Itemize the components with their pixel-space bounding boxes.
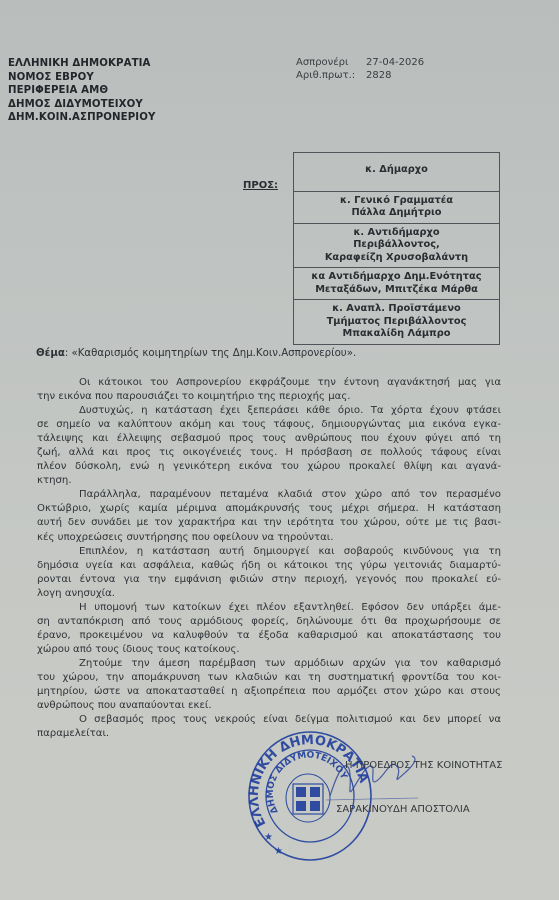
document-meta: Ασπρονέρι 27-04-2026 Αριθ.πρωτ.: 2828 — [296, 56, 424, 82]
recipient-line: κ. Δήμαρχο — [296, 164, 497, 177]
body-line: χώρου από τους ίδιους τους κατοίκους. — [37, 643, 501, 657]
body-line: πλέον δύσκολη, ενώ η γενικότερη εικόνα τ… — [37, 460, 501, 474]
protocol-row: Αριθ.πρωτ.: 2828 — [296, 69, 424, 82]
body-line: Δυστυχώς, η κατάσταση έχει ξεπεράσει κάθ… — [37, 404, 501, 418]
body-line: μητηρίου, ώστε να αποκατασταθεί η αξιοπρ… — [37, 685, 501, 699]
body-paragraph: Ζητούμε την άμεση παρέμβαση των αρμόδιων… — [37, 657, 501, 713]
body-line: σε σημείο να καλύπτουν ακόμη και τους τά… — [37, 418, 501, 432]
recipient-cell: κ. Γενικό ΓραμματέαΠάλλα Δημήτριο — [294, 192, 499, 224]
body-line: Οι κάτοικοι του Ασπρονερίου εκφράζουμε τ… — [37, 376, 501, 390]
body-paragraph: Οι κάτοικοι του Ασπρονερίου εκφράζουμε τ… — [37, 376, 501, 404]
subject-text: : «Καθαρισμός κοιμητηρίων της Δημ.Κοιν.Α… — [65, 348, 356, 359]
recipient-cell: κ. ΑντιδήμαρχοΠεριβάλλοντος,Καραφείζη Χρ… — [294, 224, 499, 269]
issuer-line: ΕΛΛΗΝΙΚΗ ΔΗΜΟΚΡΑΤΙΑ — [8, 57, 155, 71]
body-line: έρανο, προκειμένου να καλυφθούν τα έξοδα… — [37, 629, 501, 643]
issuer-line: ΠΕΡΙΦΕΡΕΙΑ ΑΜΘ — [8, 84, 155, 98]
recipient-line: Τμήματος Περιβάλλοντος — [296, 316, 497, 329]
recipient-line: Μεταξάδων, Μπιτζέκα Μάρθα — [296, 284, 497, 297]
recipient-line: κ. Αντιδήμαρχο — [296, 227, 497, 240]
body-line: του χώρου, την απομάκρυνση των κλαδιών κ… — [37, 671, 501, 685]
protocol-label: Αριθ.πρωτ.: — [296, 69, 366, 82]
document-date: 27-04-2026 — [366, 56, 424, 69]
place-label: Ασπρονέρι — [296, 56, 366, 69]
star-icon: ★ — [264, 832, 273, 843]
recipient-line: κ. Γενικό Γραμματέα — [296, 195, 497, 208]
issuer-line: ΔΗΜΟΣ ΔΙΔΥΜΟΤΕΙΧΟΥ — [8, 98, 155, 112]
letter-body: Οι κάτοικοι του Ασπρονερίου εκφράζουμε τ… — [37, 376, 501, 741]
issuer-line: ΔΗΜ.ΚΟΙΝ.ΑΣΠΡΟΝΕΡΙΟΥ — [8, 111, 155, 125]
body-line: Παράλληλα, παραμένουν πεταμένα κλαδιά στ… — [37, 488, 501, 502]
recipient-cell: κα Αντιδήμαρχο Δημ.ΕνότηταςΜεταξάδων, Μπ… — [294, 268, 499, 300]
handwritten-signature — [322, 748, 422, 808]
body-line: ση ανταπόκριση από τους αρμόδιους φορείς… — [37, 615, 501, 629]
recipient-line: Καραφείζη Χρυσοβαλάντη — [296, 252, 497, 265]
body-line: Η υπομονή των κατοίκων έχει πλέον εξαντλ… — [37, 601, 501, 615]
recipient-line: Περιβάλλοντος, — [296, 239, 497, 252]
recipients-label: ΠΡΟΣ: — [243, 180, 278, 191]
body-paragraph: Η υπομονή των κατοίκων έχει πλέον εξαντλ… — [37, 601, 501, 657]
recipient-cell: κ. Δήμαρχο — [294, 153, 499, 192]
body-line: την εικόνα που παρουσιάζει το κοιμητήριο… — [37, 390, 501, 404]
body-line: ζωή, αλλά και προς τις οικογένειές τους.… — [37, 446, 501, 460]
body-line: τάλειψης και έλλειψης σεβασμού προς τους… — [37, 432, 501, 446]
body-line: Επιπλέον, η κατάσταση αυτή δημιουργεί κα… — [37, 545, 501, 559]
signer-name: ΣΑΡΑΚΙΝΟΥΔΗ ΑΠΟΣΤΟΛΙΑ — [336, 804, 470, 815]
body-line: λογη ανησυχία. — [37, 587, 501, 601]
body-paragraph: Παράλληλα, παραμένουν πεταμένα κλαδιά στ… — [37, 488, 501, 544]
body-line: κές υποχρεώσεις συντήρησης που οφείλουν … — [37, 531, 501, 545]
body-line: αυτή δεν συνάδει με τον χαρακτήρα και τη… — [37, 516, 501, 530]
protocol-number: 2828 — [366, 69, 391, 82]
body-line: κτηση. — [37, 474, 501, 488]
recipient-line: κ. Αναπλ. Προϊστάμενο — [296, 303, 497, 316]
recipient-line: κα Αντιδήμαρχο Δημ.Ενότητας — [296, 271, 497, 284]
recipient-cell: κ. Αναπλ. ΠροϊστάμενοΤμήματος Περιβάλλον… — [294, 300, 499, 344]
issuer-line: ΝΟΜΟΣ ΕΒΡΟΥ — [8, 71, 155, 85]
recipient-line: Μπακαλίδη Λάμπρο — [296, 328, 497, 341]
recipients-table: κ. Δήμαρχοκ. Γενικό ΓραμματέαΠάλλα Δημήτ… — [293, 152, 500, 345]
body-line: ανθρώπους που αναπαύονται εκεί. — [37, 699, 501, 713]
subject-line: Θέμα: «Καθαρισμός κοιμητηρίων της Δημ.Κο… — [36, 348, 356, 359]
body-line: Οκτώβριο, χωρίς καμία μέριμνα απομάκρυνσ… — [37, 502, 501, 516]
subject-label: Θέμα — [36, 348, 65, 359]
star-icon: ★ — [274, 846, 283, 857]
body-line: ρονται έντονα για την εμφάνιση φιδιών στ… — [37, 573, 501, 587]
body-paragraph: Δυστυχώς, η κατάσταση έχει ξεπεράσει κάθ… — [37, 404, 501, 488]
body-paragraph: Επιπλέον, η κατάσταση αυτή δημιουργεί κα… — [37, 545, 501, 601]
signer-title: Η ΠΡΟΕΔΡΟΣ ΤΗΣ ΚΟΙΝΟΤΗΤΑΣ — [345, 760, 502, 771]
issuer-block: ΕΛΛΗΝΙΚΗ ΔΗΜΟΚΡΑΤΙΑΝΟΜΟΣ ΕΒΡΟΥΠΕΡΙΦΕΡΕΙΑ… — [8, 57, 155, 125]
date-row: Ασπρονέρι 27-04-2026 — [296, 56, 424, 69]
body-line: Ζητούμε την άμεση παρέμβαση των αρμόδιων… — [37, 657, 501, 671]
body-line: δημόσια υγεία και ασφάλεια, καθώς ήδη οι… — [37, 559, 501, 573]
recipient-line: Πάλλα Δημήτριο — [296, 207, 497, 220]
